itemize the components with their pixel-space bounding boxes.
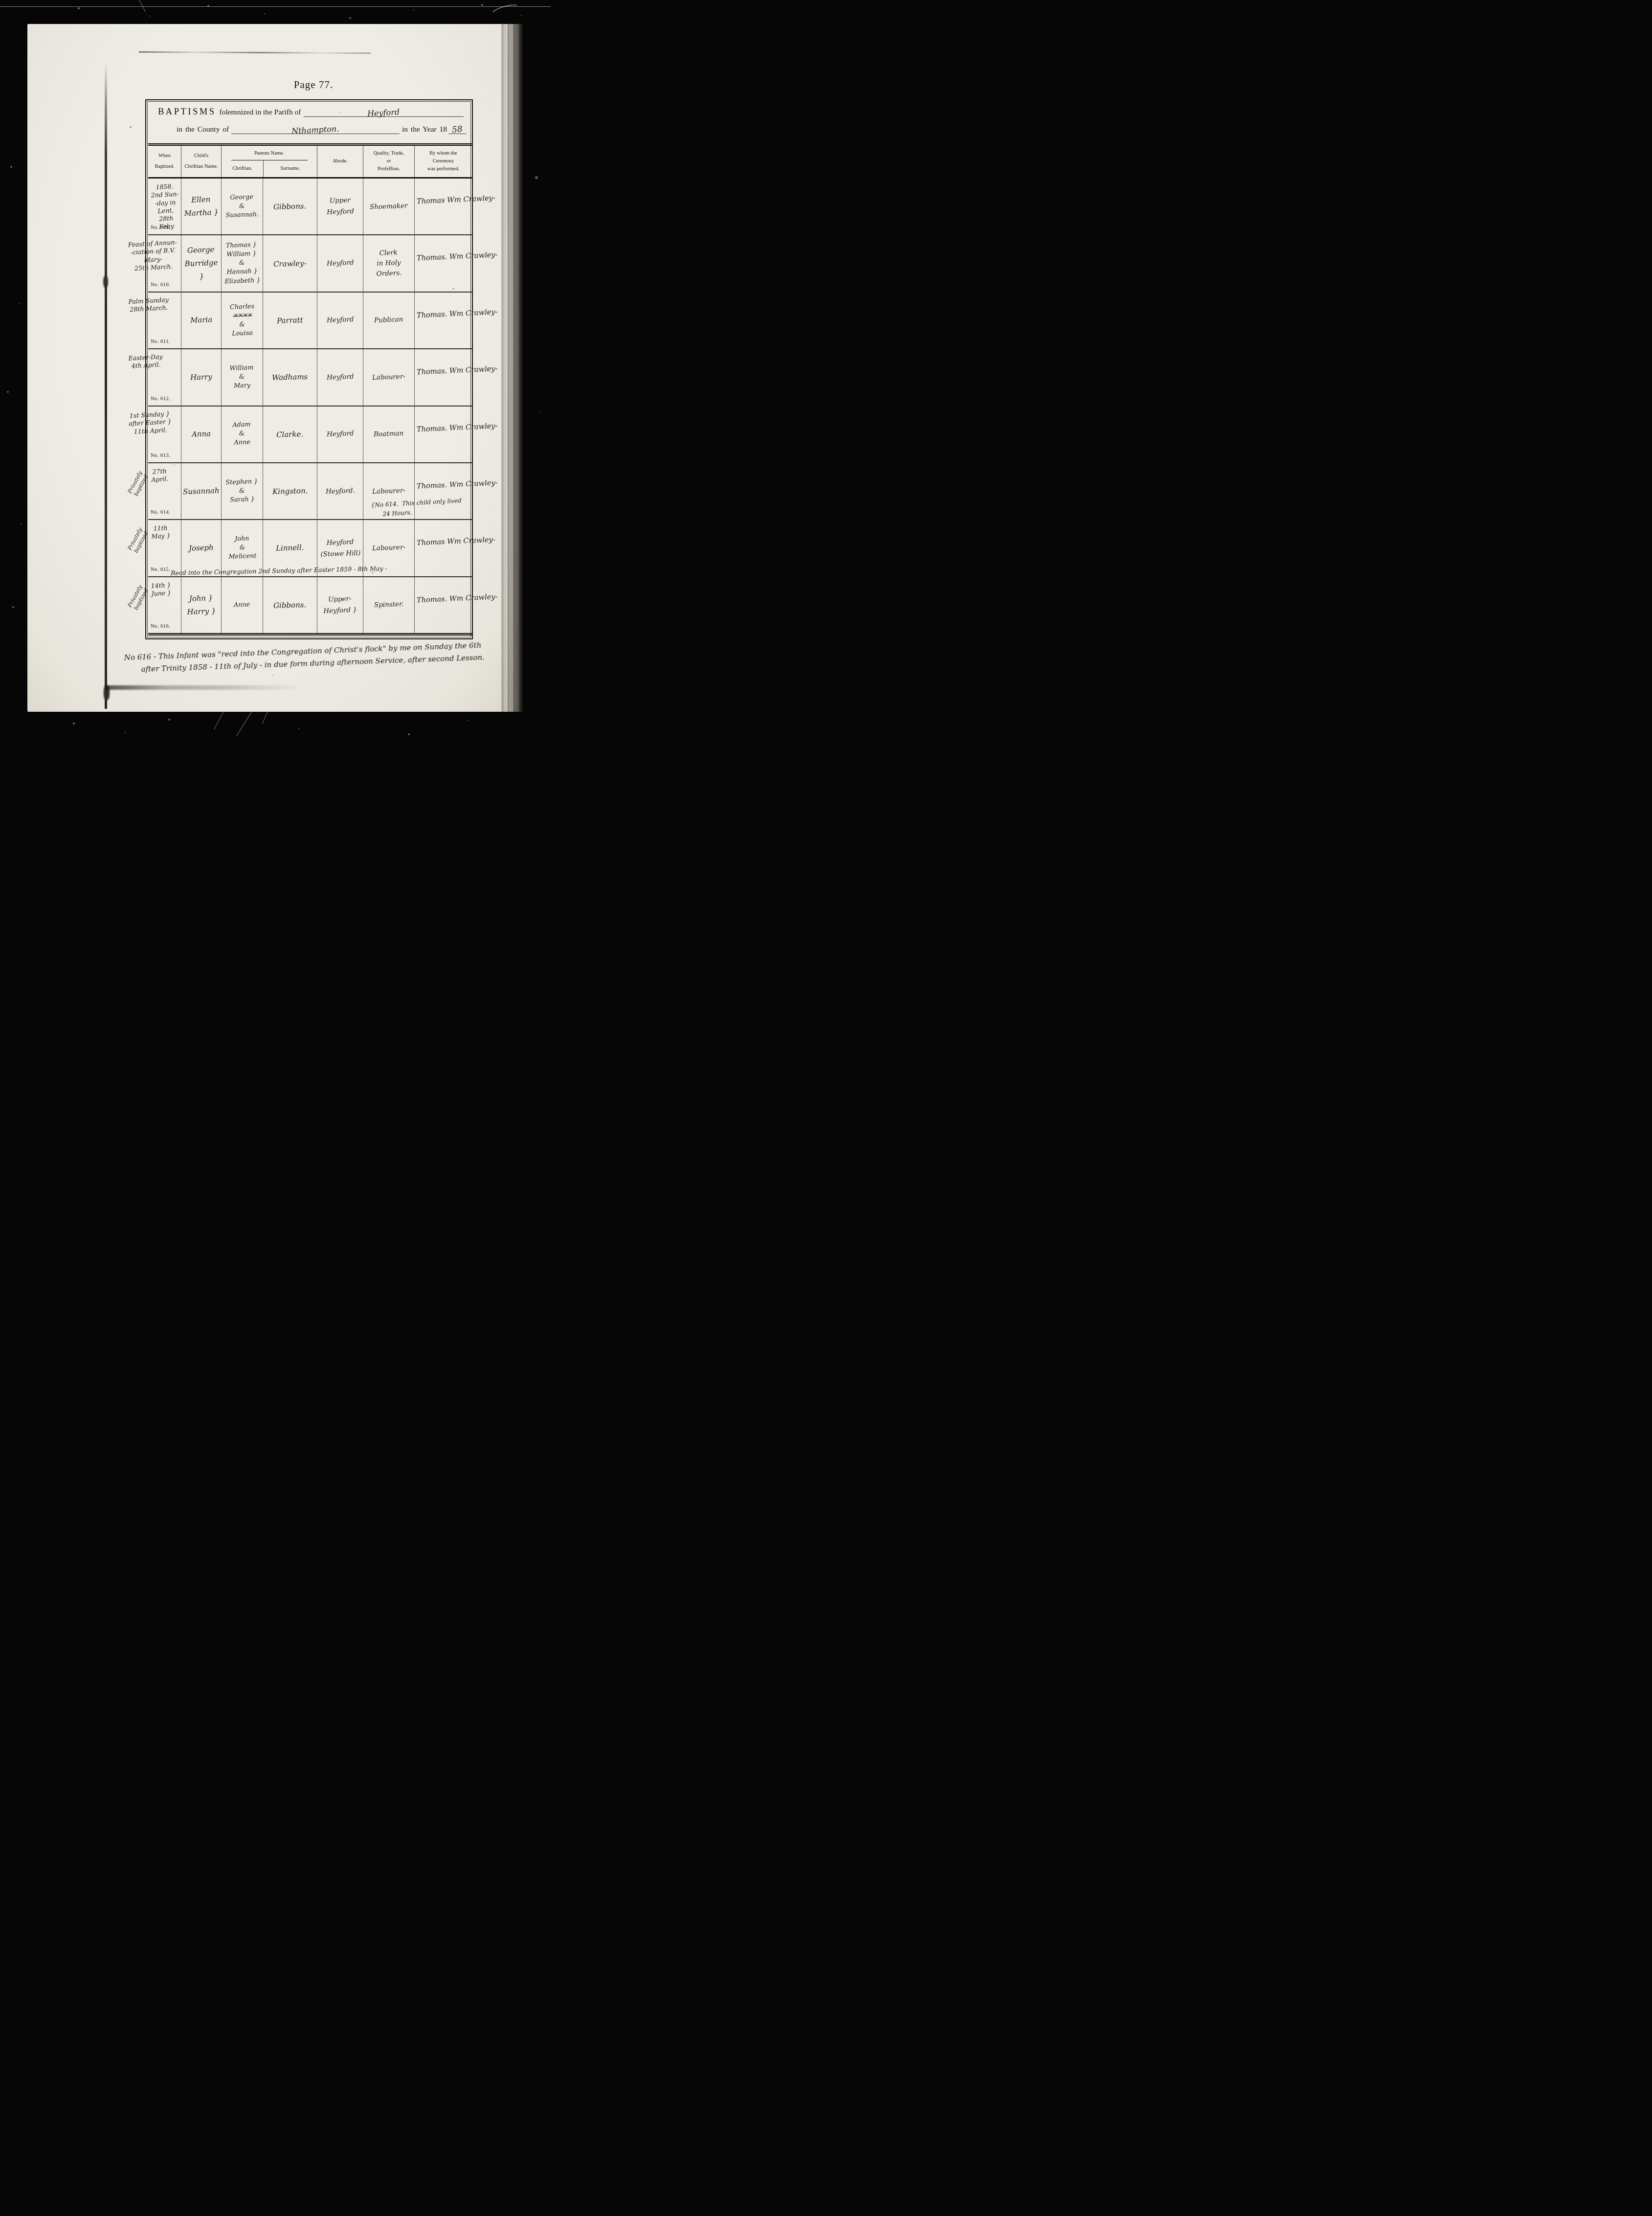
surname-value: Crawley-: [273, 259, 307, 269]
cell-abode: Upper- Heyford }: [317, 577, 363, 633]
entry-number: No. 615.: [151, 567, 170, 572]
cell-when-baptized: 14th } June } No. 616. Privately baptize…: [148, 577, 181, 633]
cell-surname: Kingston.: [263, 463, 317, 519]
officiant-signature: Thomas. Wm Crawley-: [417, 422, 498, 433]
cell-surname: Gibbons.: [263, 179, 317, 234]
entry-number: No. 616.: [151, 624, 170, 629]
cell-by-whom: Thomas. Wm Crawley-: [415, 235, 472, 291]
officiant-signature: Thomas. Wm Crawley-: [417, 479, 498, 490]
cell-abode: Heyford: [317, 235, 363, 291]
table-row: 11th May } No. 615. Privately baptized J…: [148, 519, 472, 576]
margin-note-privately-baptized: Privately baptized: [125, 581, 152, 615]
table-row: Palm Sunday 28th March. No. 611. Maria C…: [148, 292, 472, 348]
cell-surname: Parratt: [263, 293, 317, 348]
cell-surname: Gibbons.: [263, 577, 317, 633]
form-title-line1: BAPTISMS folemnized in the Parifh of Hey…: [158, 107, 466, 117]
register-paper: Page 77. BAPTISMS folemnized in the Pari…: [27, 24, 522, 712]
col-header-quality-trade: Quality, Trade, or Profeffion.: [363, 146, 415, 177]
officiant-signature: Thomas. Wm Crawley-: [417, 251, 498, 263]
cell-abode: Heyford: [317, 349, 363, 405]
entry-number: No. 614.: [151, 510, 170, 515]
cell-parents-christian: Anne: [222, 577, 263, 633]
cell-when-baptized: 1st Sunday } after Easter } 11th April. …: [148, 407, 181, 462]
cell-when-baptized: 27th April. No. 614. Privately baptized: [148, 463, 181, 519]
quality-trade-value: Clerk in Holy Orders.: [376, 248, 402, 279]
cell-by-whom: Thomas Wm Crawley-: [415, 179, 472, 234]
surname-value: Gibbons.: [273, 202, 307, 211]
abode-value: Heyford: [326, 428, 354, 440]
cell-quality-trade: Labourer-: [363, 349, 415, 405]
col-header-child-name: Child's Chriftian Name.: [181, 146, 222, 177]
child-name-value: Ellen Martha }: [183, 193, 219, 220]
surname-value: Gibbons.: [273, 600, 307, 610]
parents-christian-value: Anne: [234, 600, 250, 610]
year-label: in the Year 18: [402, 125, 447, 134]
quality-trade-value: Labourer-: [372, 543, 406, 554]
cell-when-baptized: Easter-Day 4th April. No. 612.: [148, 349, 181, 405]
cell-by-whom: Thomas Wm Crawley-: [415, 520, 472, 576]
quality-trade-value: Labourer-: [372, 485, 406, 497]
baptism-register-form: BAPTISMS folemnized in the Parifh of Hey…: [145, 99, 473, 639]
cell-by-whom: Thomas. Wm Crawley-: [415, 349, 472, 405]
cell-when-baptized: Palm Sunday 28th March. No. 611.: [148, 293, 181, 348]
cell-parents-christian: Charles ✕✕✕✕ & Louisa: [222, 293, 263, 348]
county-label: in the County of: [177, 125, 229, 134]
county-blank-line: Nthampton.: [231, 124, 400, 134]
table-row: 14th } June } No. 616. Privately baptize…: [148, 576, 472, 633]
abode-value: Upper- Heyford }: [323, 593, 357, 617]
cell-parents-christian: Adam & Anne: [222, 407, 263, 462]
cell-abode: Upper Heyford: [317, 179, 363, 234]
abode-value: Heyford (Stowe Hill): [320, 536, 360, 560]
cell-abode: Heyford: [317, 407, 363, 462]
surname-value: Kingston.: [272, 486, 308, 496]
col-header-parents-name: Parents Name. Chriftian. Surname.: [222, 146, 317, 177]
entry-number: No. 611.: [151, 339, 170, 344]
margin-note-privately-baptized: Privately baptized: [125, 467, 152, 501]
cell-child-name: Maria: [181, 293, 222, 348]
margin-pen-squiggle: [489, 2, 521, 20]
parents-christian-value-continued: & Louisa: [231, 320, 253, 339]
quality-trade-value: Boatman: [374, 429, 404, 440]
cell-child-name: Susannah: [181, 463, 222, 519]
parents-christian-value: Thomas } William } & Hannah } Elizabeth …: [223, 241, 261, 286]
parents-christian-value: George & Susannah.: [225, 193, 259, 221]
title-line1-text: folemnized in the Parifh of: [219, 108, 301, 117]
when-baptized-value: Feast of Annun- -ciation of B.V. Mary- 2…: [128, 239, 178, 273]
title-baptisms: BAPTISMS: [158, 107, 216, 117]
parents-christian-value: Stephen } & Sarah }: [225, 477, 259, 505]
officiant-signature: Thomas. Wm Crawley-: [417, 308, 498, 319]
table-row: 1st Sunday } after Easter } 11th April. …: [148, 406, 472, 462]
cell-when-baptized: Feast of Annun- -ciation of B.V. Mary- 2…: [148, 235, 181, 291]
parents-christian-value: Charles: [230, 302, 255, 312]
col-header-when-baptized: When Baptized.: [148, 146, 181, 177]
quality-trade-value: Labourer-: [372, 372, 406, 383]
year-blank-line: 58: [448, 124, 466, 134]
scan-scratch-line: [0, 6, 551, 7]
parents-christian-value: John & Melicent: [228, 534, 257, 562]
page-number: Page 77.: [272, 79, 355, 91]
col-header-parents-surname: Surname.: [263, 160, 317, 177]
quality-trade-value: Shoemaker: [370, 201, 408, 212]
scanned-register-screenshot: Page 77. BAPTISMS folemnized in the Pari…: [0, 0, 551, 739]
child-name-value: Harry: [190, 370, 213, 384]
when-baptized-value: 14th } June }: [151, 581, 172, 598]
surname-value: Linnell.: [276, 543, 304, 553]
cell-parents-christian: William & Mary: [222, 349, 263, 405]
baptism-table: When Baptized. Child's Chriftian Name. P…: [148, 143, 472, 635]
cell-by-whom: Thomas. Wm Crawley-: [415, 293, 472, 348]
col-header-by-whom: By whom the Ceremony was performed.: [415, 146, 472, 177]
when-baptized-value: 1858. 2nd Sun- -day in Lent, 28th Feby: [150, 182, 181, 231]
table-header-row: When Baptized. Child's Chriftian Name. P…: [148, 146, 472, 179]
child-name-value: Susannah: [183, 484, 220, 498]
table-row: Easter-Day 4th April. No. 612. Harry Wil…: [148, 348, 472, 405]
when-baptized-value: 11th May }: [151, 524, 171, 541]
cell-quality-trade: Publican: [363, 293, 415, 348]
cell-quality-trade: Boatman: [363, 407, 415, 462]
crossed-out-text: ✕✕✕✕: [232, 311, 252, 321]
parents-group-label: Parents Name.: [222, 146, 317, 158]
entry-number: No. 613.: [151, 453, 170, 458]
county-name-handwritten: Nthampton.: [291, 124, 339, 136]
cell-quality-trade: Shoemaker: [363, 179, 415, 234]
col-header-parents-christian: Chriftian.: [222, 160, 263, 177]
when-baptized-value: 27th April.: [151, 467, 169, 484]
parents-subheaders: Chriftian. Surname.: [222, 160, 317, 177]
ink-smudge: [106, 685, 301, 690]
entry-number: No. 612.: [151, 396, 170, 402]
cell-child-name: George Burridge }: [181, 235, 222, 291]
child-name-value: Joseph: [189, 541, 214, 555]
year-handwritten: 58: [452, 124, 463, 135]
parents-christian-value: William & Mary: [230, 363, 255, 391]
margin-note-privately-baptized: Privately baptized: [125, 524, 152, 558]
cell-child-name: John } Harry }: [181, 577, 222, 633]
cell-quality-trade: Spinster.: [363, 577, 415, 633]
child-name-value: Anna: [191, 428, 211, 441]
cell-child-name: Harry: [181, 349, 222, 405]
table-row: 1858. 2nd Sun- -day in Lent, 28th Feby N…: [148, 179, 472, 234]
abode-value: Upper Heyford: [326, 195, 354, 218]
when-baptized-value: Easter-Day 4th April.: [128, 353, 163, 370]
abode-value: Heyford: [326, 257, 354, 270]
parish-blank-line: Heyford: [304, 107, 464, 117]
quality-trade-value: Publican: [374, 315, 403, 326]
child-name-value: John } Harry }: [186, 591, 216, 619]
table-body: 1858. 2nd Sun- -day in Lent, 28th Feby N…: [148, 179, 472, 633]
abode-value: Heyford: [326, 315, 354, 327]
cell-child-name: Ellen Martha }: [181, 179, 222, 234]
officiant-signature: Thomas Wm Crawley-: [417, 536, 495, 547]
cell-quality-trade: Clerk in Holy Orders.: [363, 235, 415, 291]
form-title-line2: in the County of Nthampton. in the Year …: [177, 124, 466, 134]
table-row: 27th April. No. 614. Privately baptized …: [148, 462, 472, 519]
abode-value: Heyford: [326, 371, 354, 384]
child-name-value: Maria: [190, 314, 212, 328]
cell-parents-christian: Thomas } William } & Hannah } Elizabeth …: [222, 235, 263, 291]
child-name-value: George Burridge }: [181, 243, 222, 284]
officiant-signature: Thomas. Wm Crawley-: [417, 365, 498, 377]
surname-value: Clarke.: [276, 430, 304, 439]
cell-by-whom: Thomas. Wm Crawley-: [415, 407, 472, 462]
cell-surname: Crawley-: [263, 235, 317, 291]
col-header-abode: Abode.: [317, 146, 363, 177]
binding-edge-shadow: [500, 24, 522, 712]
cell-child-name: Anna: [181, 407, 222, 462]
surname-value: Wadhams: [272, 372, 308, 382]
entry-number: No. 609.: [151, 225, 170, 230]
quality-trade-value: Spinster.: [374, 599, 403, 611]
book-spine-shadow: [105, 65, 107, 709]
abode-value: Heyford.: [325, 485, 355, 497]
cell-surname: Clarke.: [263, 407, 317, 462]
cell-when-baptized: 1858. 2nd Sun- -day in Lent, 28th Feby N…: [148, 179, 181, 234]
when-baptized-value: Palm Sunday 28th March.: [128, 296, 169, 314]
officiant-signature: Thomas. Wm Crawley-: [417, 593, 498, 604]
cell-abode: Heyford: [317, 293, 363, 348]
surname-value: Parratt: [277, 316, 303, 325]
paper-crease: [139, 51, 371, 54]
when-baptized-value: 1st Sunday } after Easter } 11th April.: [128, 409, 172, 435]
cell-parents-christian: George & Susannah.: [222, 179, 263, 234]
officiant-signature: Thomas Wm Crawley-: [417, 194, 495, 205]
entry-number: No. 610.: [151, 282, 170, 288]
table-row: Feast of Annun- -ciation of B.V. Mary- 2…: [148, 234, 472, 291]
cell-surname: Wadhams: [263, 349, 317, 405]
cell-by-whom: Thomas. Wm Crawley-: [415, 577, 472, 633]
cell-abode: Heyford.: [317, 463, 363, 519]
paper-specks: [27, 24, 28, 25]
scan-dust-specks: [0, 0, 1, 1]
register-footnote: No 616 - This Infant was "recd into the …: [124, 639, 525, 675]
cell-parents-christian: Stephen } & Sarah }: [222, 463, 263, 519]
parents-christian-value: Adam & Anne: [232, 421, 251, 448]
parish-name-handwritten: Heyford: [367, 107, 400, 118]
